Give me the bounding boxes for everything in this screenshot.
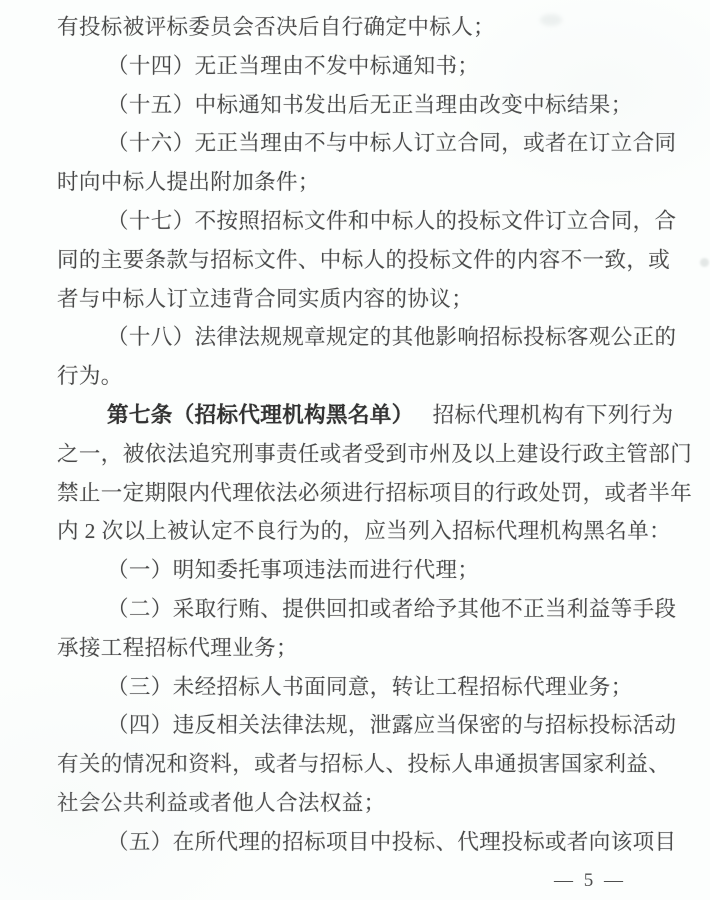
text-line: （十四）无正当理由不发中标通知书；: [57, 47, 657, 86]
text-line: 内 2 次以上被认定不良行为的，应当列入招标代理机构黑名单：: [57, 512, 657, 551]
text-line: （五）在所代理的招标项目中投标、代理投标或者向该项目: [57, 823, 657, 862]
text-line: 承接工程招标代理业务；: [57, 629, 657, 668]
text-line: （一）明知委托事项违法而进行代理；: [57, 551, 657, 590]
text-line: （十六）无正当理由不与中标人订立合同，或者在订立合同: [57, 124, 657, 163]
text-line: 禁止一定期限内代理依法必须进行招标项目的行政处罚，或者半年: [57, 474, 657, 513]
scanned-document-page: 有投标被评标委员会否决后自行确定中标人；（十四）无正当理由不发中标通知书；（十五…: [0, 0, 710, 900]
page-number: — 5 —: [554, 869, 626, 893]
document-body: 有投标被评标委员会否决后自行确定中标人；（十四）无正当理由不发中标通知书；（十五…: [57, 8, 657, 862]
scan-smudge: [700, 258, 709, 267]
text-line: （三）未经招标人书面同意，转让工程招标代理业务；: [57, 668, 657, 707]
text-line: 时向中标人提出附加条件；: [57, 163, 657, 202]
text-line: （四）违反相关法律法规，泄露应当保密的与招标投标活动: [57, 706, 657, 745]
text-line: 同的主要条款与招标文件、中标人的投标文件的内容不一致，或: [57, 241, 657, 280]
text-line: 社会公共利益或者他人合法权益；: [57, 784, 657, 823]
text-line: （十七）不按照招标文件和中标人的投标文件订立合同，合: [57, 202, 657, 241]
text-line: 第七条（招标代理机构黑名单）招标代理机构有下列行为: [57, 396, 657, 435]
text-line: 者与中标人订立违背合同实质内容的协议；: [57, 280, 657, 319]
text-line: 有关的情况和资料，或者与招标人、投标人串通损害国家利益、: [57, 745, 657, 784]
text-segment: 招标代理机构有下列行为: [433, 403, 674, 427]
text-line: 行为。: [57, 357, 657, 396]
text-line: （十八）法律法规规章规定的其他影响招标投标客观公正的: [57, 318, 657, 357]
text-line: 之一，被依法追究刑事责任或者受到市州及以上建设行政主管部门: [57, 435, 657, 474]
article-heading: 第七条（招标代理机构黑名单）: [107, 403, 414, 427]
text-line: （十五）中标通知书发出后无正当理由改变中标结果；: [57, 86, 657, 125]
text-line: 有投标被评标委员会否决后自行确定中标人；: [57, 8, 657, 47]
text-line: （二）采取行贿、提供回扣或者给予其他不正当利益等手段: [57, 590, 657, 629]
